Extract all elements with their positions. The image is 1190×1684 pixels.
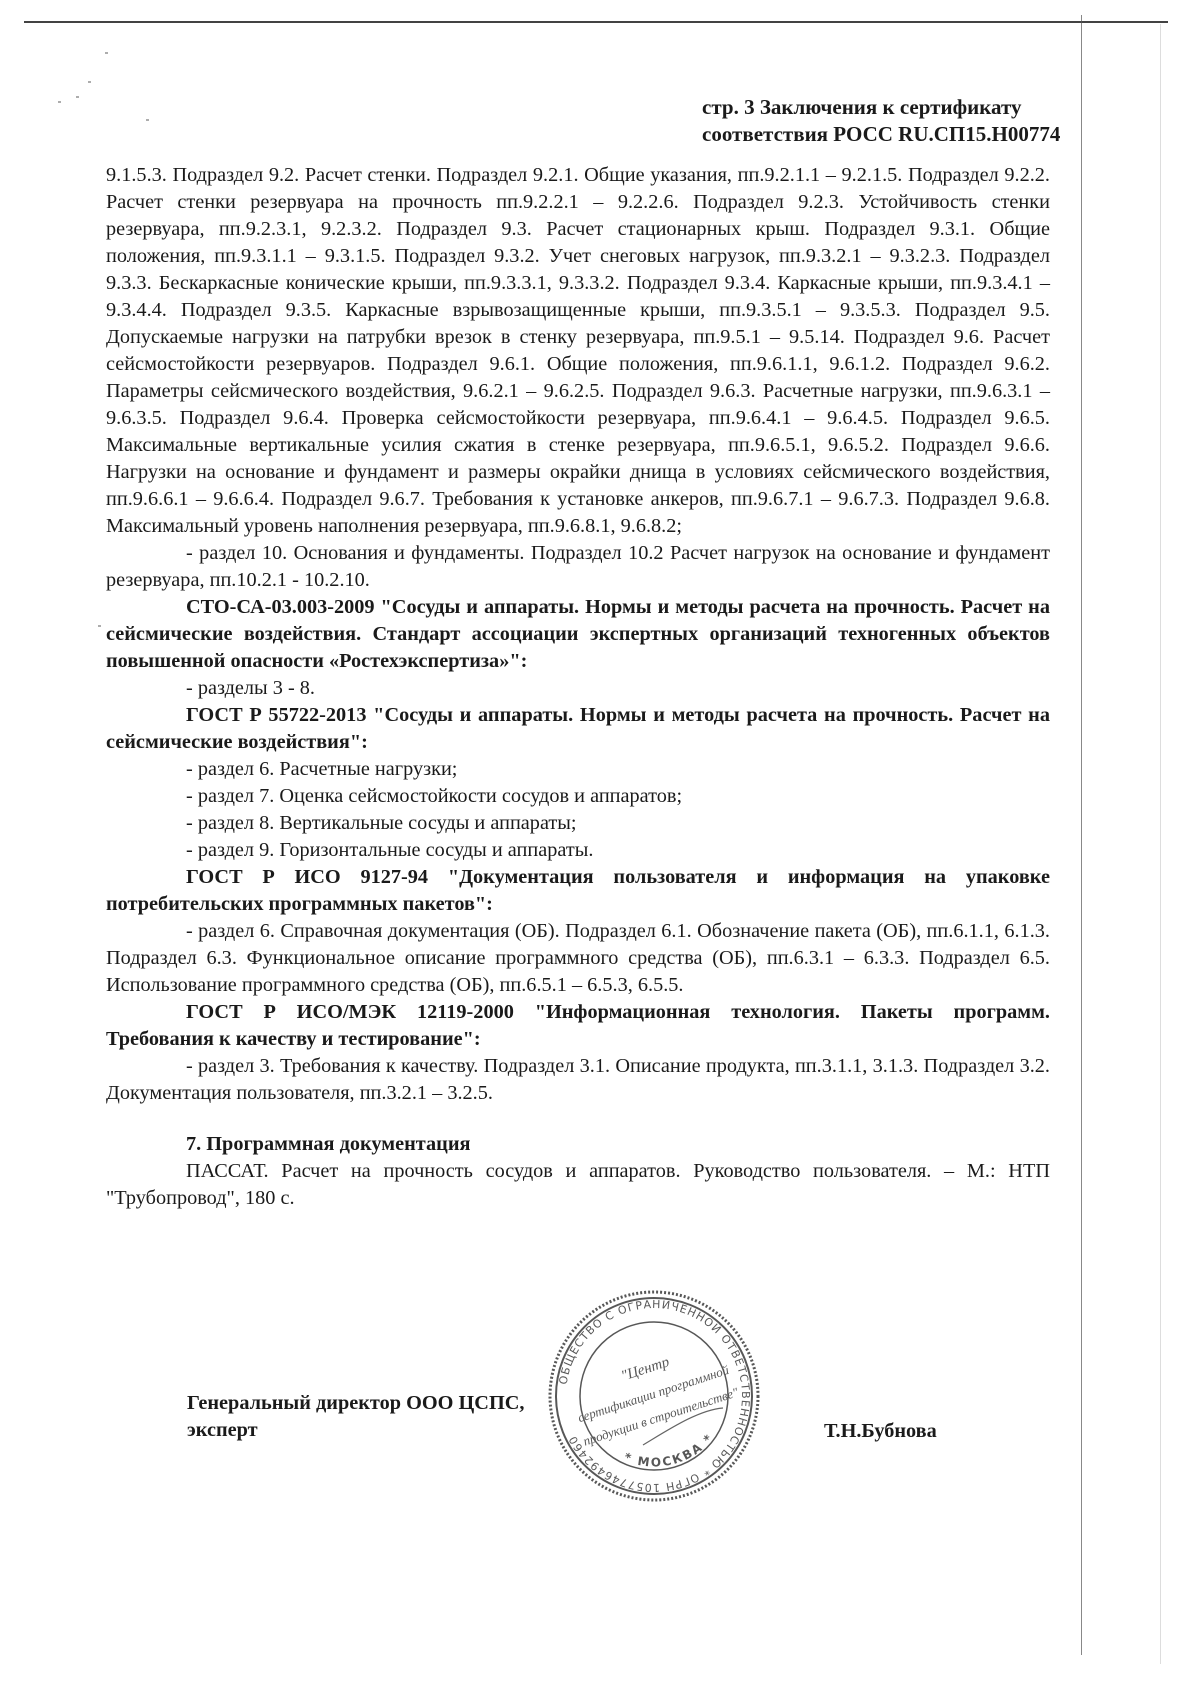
page-header: стр. 3 Заключения к сертификату соответс… [702,94,1060,148]
document-body: 9.1.5.3. Подраздел 9.2. Расчет стенки. П… [106,162,1050,1212]
header-line-1: стр. 3 Заключения к сертификату [702,94,1060,121]
standard-item: - раздел 9. Горизонтальные сосуды и аппа… [106,837,1050,864]
standard-title-gost-9127: ГОСТ Р ИСО 9127-94 "Документация пользов… [106,864,1050,918]
spacer [106,1107,1050,1131]
scan-edge-line-right [1160,24,1161,1664]
svg-text:"Центр: "Центр [619,1354,672,1385]
section-7-text: ПАССАТ. Расчет на прочность сосудов и ап… [106,1158,1050,1212]
header-line-2: соответствия РОСС RU.СП15.Н00774 [702,121,1060,148]
standard-item: - раздел 7. Оценка сейсмостойкости сосуд… [106,783,1050,810]
section-7-title: 7. Программная документация [106,1131,1050,1158]
standard-item: - раздел 6. Справочная документация (ОБ)… [106,918,1050,999]
signer-name: Т.Н.Бубнова [824,1418,937,1445]
standard-item: - раздел 6. Расчетные нагрузки; [106,756,1050,783]
signer-role: эксперт [187,1417,524,1444]
paragraph-section10: - раздел 10. Основания и фундаменты. Под… [106,540,1050,594]
standard-item: - раздел 8. Вертикальные сосуды и аппара… [106,810,1050,837]
standard-title-gost-55722: ГОСТ Р 55722-2013 "Сосуды и аппараты. Но… [106,702,1050,756]
standard-title-sto: СТО-СА-03.003-2009 "Сосуды и аппараты. Н… [106,594,1050,675]
paragraph-section9-continuation: 9.1.5.3. Подраздел 9.2. Расчет стенки. П… [106,162,1050,540]
company-seal-icon: ОБЩЕСТВО С ОГРАНИЧЕННОЙ ОТВЕТСТВЕННОСТЬЮ… [548,1290,760,1502]
scan-fold-line [1081,15,1082,1655]
standard-item: - разделы 3 - 8. [106,675,1050,702]
signature-block: Генеральный директор ООО ЦСПС, эксперт [187,1390,524,1444]
svg-text:* МОСКВА *: * МОСКВА * [622,1431,716,1470]
signer-position: Генеральный директор ООО ЦСПС, [187,1390,524,1417]
scan-edge-line [24,21,1168,23]
standard-title-gost-12119: ГОСТ Р ИСО/МЭК 12119-2000 "Информационна… [106,999,1050,1053]
standard-item: - раздел 3. Требования к качеству. Подра… [106,1053,1050,1107]
